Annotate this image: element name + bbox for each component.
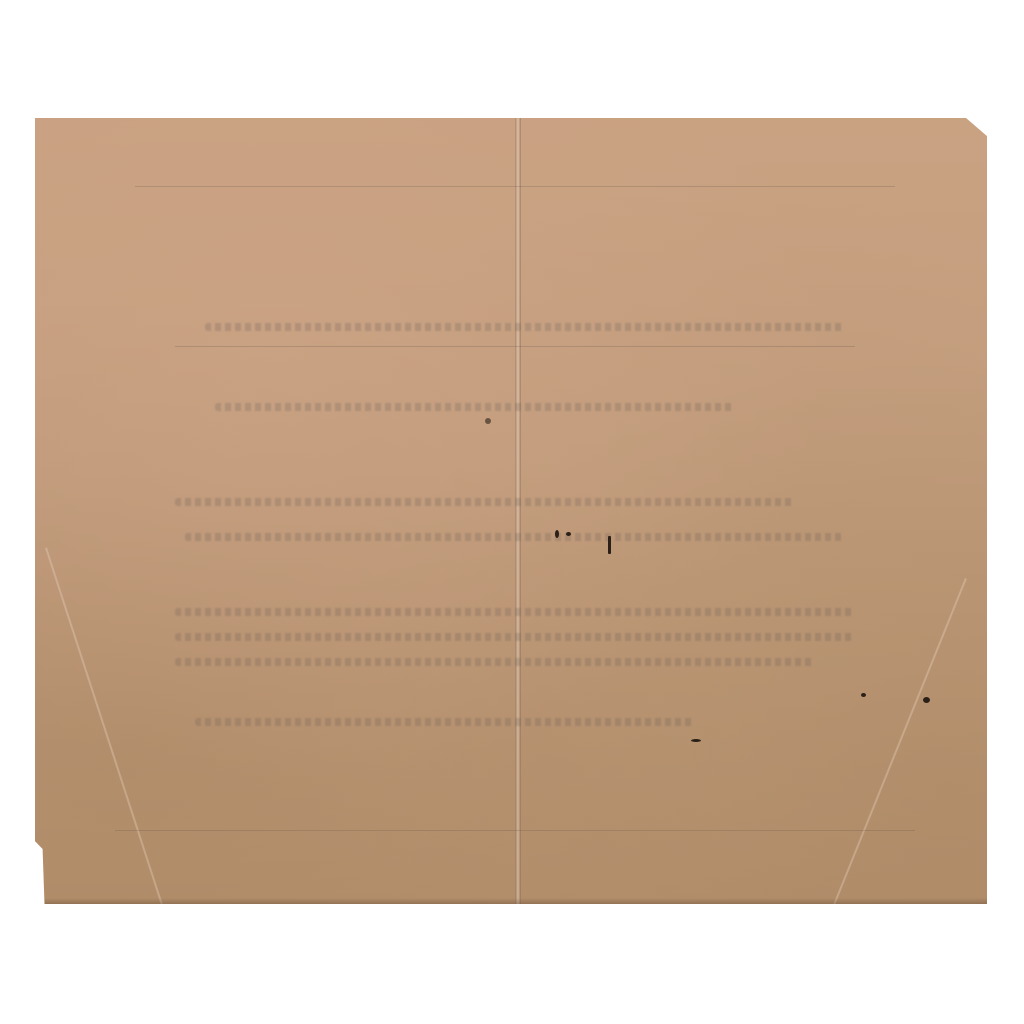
show-through-text (215, 403, 735, 411)
show-through-text (185, 533, 845, 541)
show-through-text (175, 658, 815, 666)
show-through-rule (115, 830, 915, 831)
ink-spot (691, 739, 701, 742)
show-through-rule (175, 346, 855, 347)
ink-spot (566, 532, 571, 536)
left-panel (35, 118, 517, 904)
ink-spot (485, 418, 491, 424)
bottom-edge (35, 898, 987, 904)
right-panel (519, 118, 987, 904)
ink-spot (861, 693, 866, 697)
show-through-text (205, 323, 845, 331)
paper-document (35, 118, 987, 904)
center-fold (515, 118, 521, 904)
ink-spot (923, 697, 930, 703)
show-through-text (175, 633, 855, 641)
ink-spot (608, 536, 611, 554)
ink-spot (555, 530, 559, 538)
show-through-text (175, 608, 855, 616)
show-through-text (195, 718, 695, 726)
show-through-text (175, 498, 795, 506)
show-through-rule (135, 186, 895, 187)
